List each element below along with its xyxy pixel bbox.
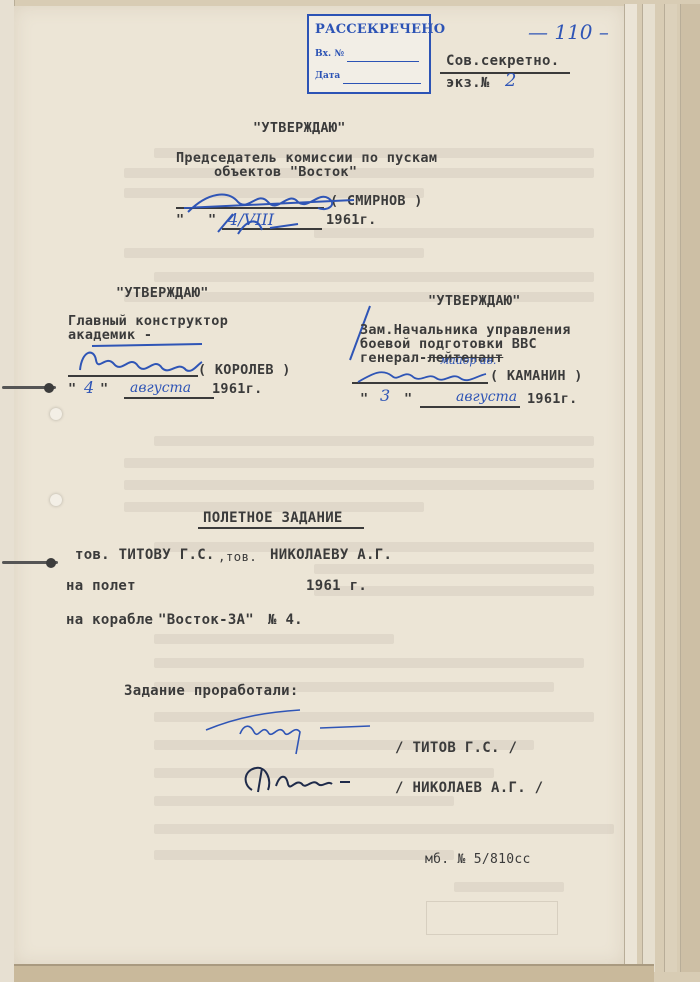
date-line	[420, 406, 520, 408]
approval-top-heading: "УТВЕРЖДАЮ"	[253, 120, 346, 136]
date-line	[124, 397, 214, 399]
stamp-title: РАССЕКРЕЧЕНО	[315, 22, 445, 37]
flight-label: на полет	[66, 578, 136, 594]
ship-number: № 4.	[268, 612, 303, 628]
bleed-through-text	[154, 824, 614, 834]
folder-edge	[680, 4, 700, 972]
approval-right-heading: "УТВЕРЖДАЮ"	[428, 293, 521, 309]
bleed-through-text	[154, 272, 594, 282]
task-title-underline	[198, 527, 364, 529]
approval-left-day-handwritten: 4	[84, 378, 94, 397]
approval-left-heading: "УТВЕРЖДАЮ"	[116, 285, 209, 301]
ship-label: на корабле	[66, 612, 153, 628]
date-quote-close: "	[100, 381, 108, 397]
ship-name: "Восток-3А"	[158, 612, 254, 628]
bleed-through-text	[154, 850, 454, 860]
kamanin-signature	[352, 362, 492, 390]
approval-right-year: 1961г.	[527, 391, 578, 407]
classification-label: Сов.секретно.	[446, 53, 559, 69]
flight-year: 1961 г.	[306, 578, 367, 594]
page-edge	[624, 4, 637, 972]
bleed-through-text	[124, 248, 424, 258]
task-recipient-1: тов. ТИТОВУ Г.С.	[75, 547, 215, 563]
korolev-signature	[72, 340, 212, 380]
bleed-through-text	[154, 634, 394, 644]
signer-1-name: / ТИТОВ Г.С. /	[395, 740, 517, 756]
task-recipient-separator: ,тов.	[218, 549, 257, 564]
bleed-through-text	[154, 658, 584, 668]
smirnov-signature	[178, 172, 358, 242]
approval-right-month-handwritten: августа	[456, 389, 517, 405]
binding-knot	[46, 558, 56, 568]
previous-page-edge	[0, 0, 15, 982]
stamp-date-label: Дата	[315, 71, 340, 81]
approval-left-year: 1961г.	[212, 381, 263, 397]
worked-out-label: Задание проработали:	[124, 683, 299, 699]
binding-hole	[50, 408, 62, 420]
nikolaev-signature	[232, 760, 372, 800]
approval-right-day-handwritten: 3	[380, 386, 390, 405]
bleed-through-text	[154, 436, 594, 446]
date-quote-open: "	[360, 391, 368, 407]
approval-top-date-handwritten: 4/VIII	[228, 210, 274, 229]
task-title: ПОЛЕТНОЕ ЗАДАНИЕ	[203, 510, 343, 526]
page-edge	[664, 4, 677, 972]
titov-signature	[200, 702, 380, 762]
scanned-document: РАССЕКРЕЧЕНО Вх. № Дата — 110 – Сов.секр…	[0, 0, 700, 982]
signer-2-name: / НИКОЛАЕВ А.Г. /	[395, 780, 543, 796]
copy-number: 2	[505, 70, 516, 91]
declassified-stamp: РАССЕКРЕЧЕНО Вх. № Дата	[307, 14, 431, 94]
approval-left-month-handwritten: августа	[130, 380, 191, 396]
stamp-incoming-line	[347, 61, 419, 62]
bleed-through-text	[314, 564, 594, 574]
bleed-through-text	[124, 480, 594, 490]
page-number-handwritten: — 110 –	[528, 20, 609, 44]
date-quote-close: "	[404, 391, 412, 407]
stamp-incoming-label: Вх. №	[315, 49, 344, 59]
bleed-through-stamp	[426, 901, 558, 935]
binding-knot	[44, 383, 54, 393]
bleed-through-text	[124, 458, 594, 468]
date-quote-open: "	[68, 381, 76, 397]
bleed-through-text	[454, 882, 564, 892]
task-recipient-2: НИКОЛАЕВУ А.Г.	[270, 547, 392, 563]
page-edge	[642, 4, 655, 972]
stamp-date-line	[343, 83, 421, 84]
copy-label: экз.№	[446, 75, 490, 91]
approval-right-name: ( КАМАНИН )	[490, 368, 583, 384]
registry-number: мб. № 5/810сс	[425, 852, 531, 867]
folder-bottom-edge	[14, 964, 654, 982]
binding-hole	[50, 494, 62, 506]
